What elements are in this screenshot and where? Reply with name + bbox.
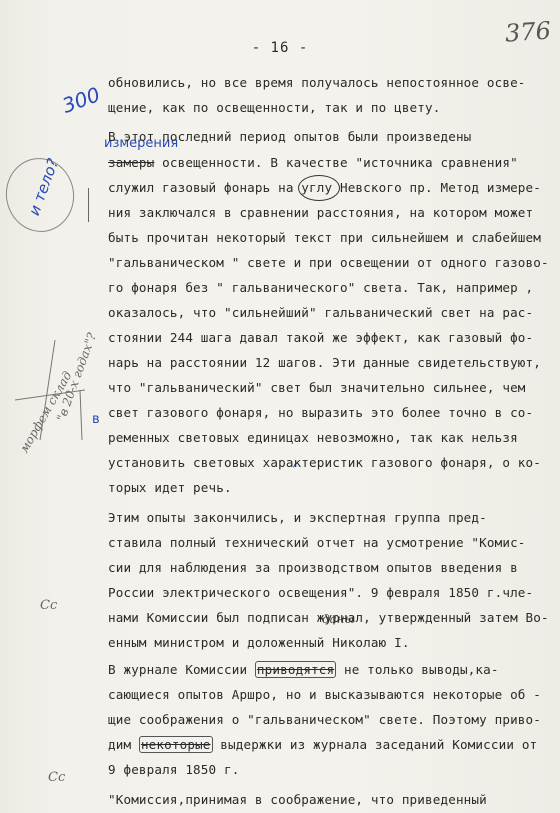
- text-line: сающиеся опытов Аршро, но и высказываютс…: [108, 687, 541, 702]
- text-line: ния заключался в сравнении расстояния, н…: [108, 205, 533, 220]
- margin-bar: [88, 188, 89, 222]
- struck-word: приводятся: [255, 661, 336, 678]
- text-line: "Комиссия,принимая в соображение, что пр…: [108, 792, 487, 807]
- margin-mark-2: Сс: [48, 770, 65, 785]
- text-line: России электрического освещения". 9 февр…: [108, 585, 533, 600]
- text-line: 9 февраля 1850 г.: [108, 762, 239, 777]
- text-line: установить световых характеристик газово…: [108, 455, 541, 470]
- text-line: обновились, но все время получалось непо…: [108, 75, 526, 90]
- pencil-brace: [10, 330, 100, 440]
- text-line: "гальваническом " свете и при освещении …: [108, 255, 549, 270]
- text-line: го фонаря без " гальванического" света. …: [108, 280, 533, 295]
- text-line: ременных световых единицах невозможно, т…: [108, 430, 518, 445]
- text-line: оказалось, что "сильнейший" гальваническ…: [108, 305, 533, 320]
- text-line: Этим опыты закончились, и экспертная гру…: [108, 510, 487, 525]
- text-line: торых идет речь.: [108, 480, 232, 495]
- text-line: служил газовый фонарь на углу Невского п…: [108, 180, 541, 195]
- text-line: щие соображения о "гальваническом" свете…: [108, 712, 541, 727]
- text-line: В этот последний период опытов были прои…: [108, 129, 471, 144]
- margin-mark-1: Сс: [40, 598, 57, 613]
- text-line: свет газового фонаря, но выразить это бо…: [108, 405, 533, 420]
- page-number: - 16 -: [0, 40, 560, 56]
- struck-word: некоторые: [139, 736, 213, 753]
- text-line: нами Комиссии был подписан журнал, утвер…: [108, 610, 549, 625]
- insert-v: в: [92, 412, 100, 427]
- text-line: дим некоторые выдержки из журнала заседа…: [108, 737, 537, 752]
- struck-word: замеры: [108, 155, 154, 170]
- text-line: В журнале Комиссии приводятся не только …: [108, 662, 499, 677]
- archive-folio-number: 376: [504, 16, 552, 47]
- text-line: ставила полный технический отчет на усмо…: [108, 535, 526, 550]
- text-line: нарь на расстоянии 12 шагов. Эти данные …: [108, 355, 541, 370]
- margin-note-300: 300: [59, 82, 103, 118]
- text-line: быть прочитан некоторый текст при сильне…: [108, 230, 541, 245]
- text-line: щение, как по освещенности, так и по цве…: [108, 100, 440, 115]
- text-line: что "гальванический" свет был значительн…: [108, 380, 526, 395]
- document-page: - 16 - 376 300 измерения и тело? "в 20-х…: [0, 0, 560, 813]
- text-line: стоянии 244 шага давал такой же эффект, …: [108, 330, 533, 345]
- text-line: сии для наблюдения за производством опыт…: [108, 560, 518, 575]
- text-line: замеры освещенности. В качестве "источни…: [108, 155, 518, 170]
- text-line: енным министром и доложенный Николаю I.: [108, 635, 410, 650]
